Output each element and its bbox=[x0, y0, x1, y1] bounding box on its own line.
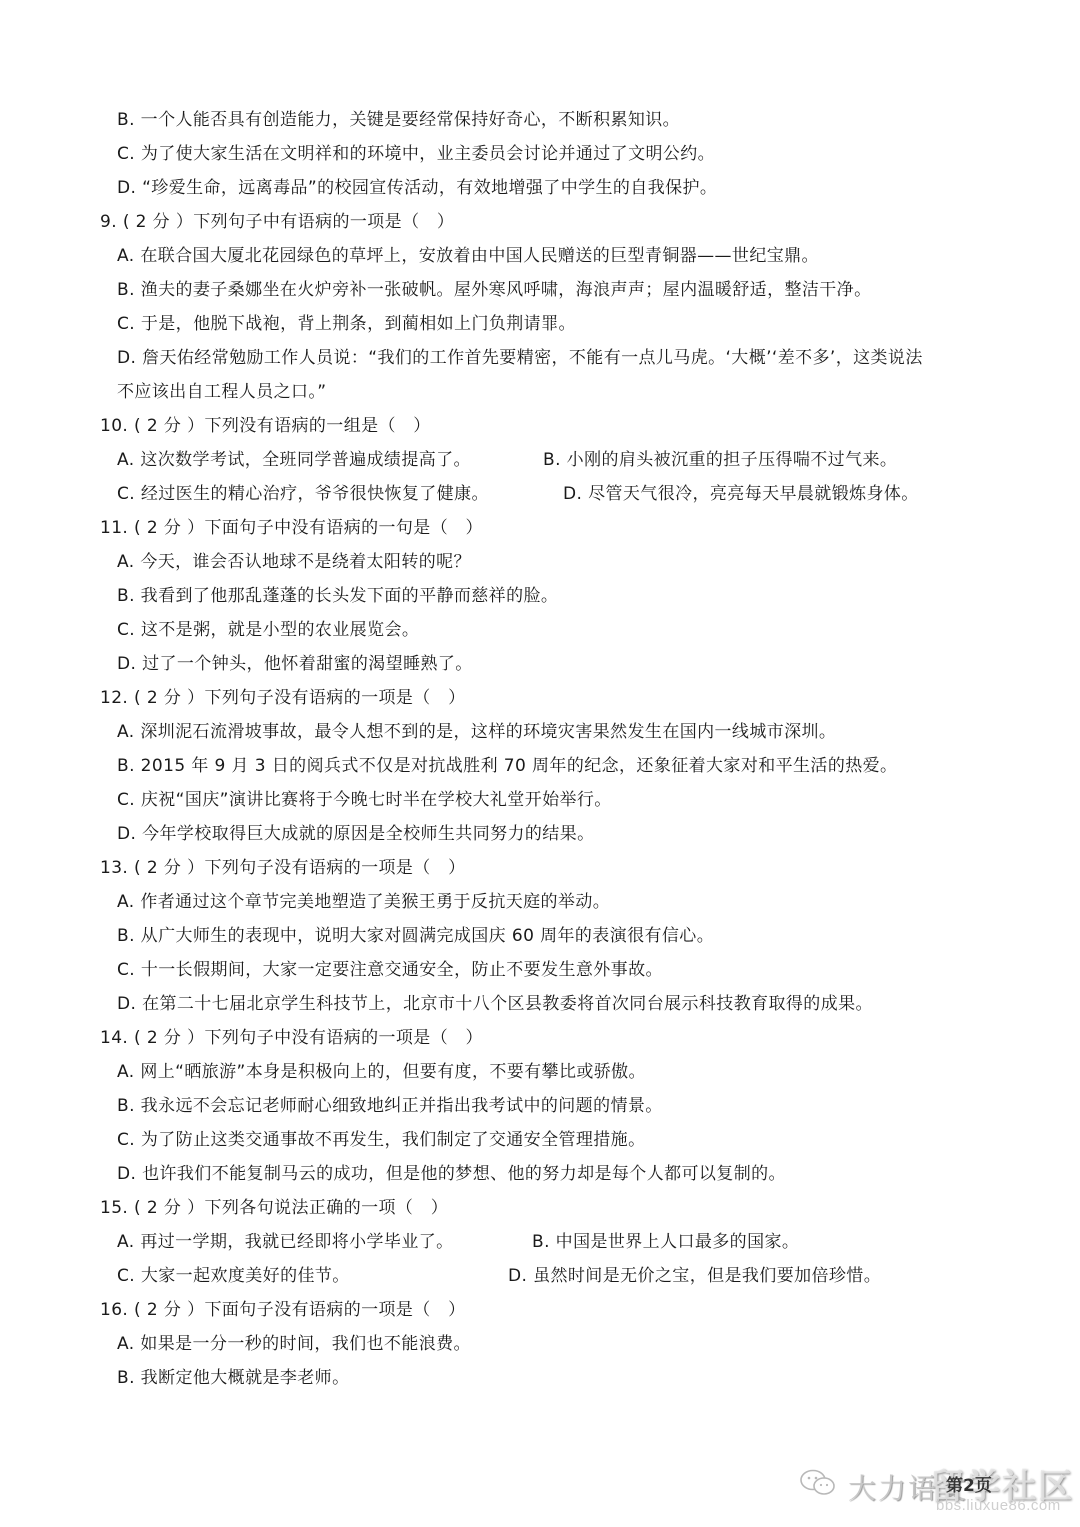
q13-option-a: A. 作者通过这个章节完美地塑造了美猴王勇于反抗天庭的举动。 bbox=[117, 885, 610, 919]
q10-options-row-1: A. 这次数学考试，全班同学普遍成绩提高了。 B. 小刚的肩头被沉重的担子压得喘… bbox=[117, 443, 1017, 477]
question-14: 14. ( 2 分 ）下列句子中没有语病的一项是（ ） bbox=[100, 1021, 483, 1055]
q11-option-c: C. 这不是粥，就是小型的农业展览会。 bbox=[117, 613, 419, 647]
q9-option-c: C. 于是，他脱下战袍，背上荆条，到蔺相如上门负荆请罪。 bbox=[117, 307, 576, 341]
question-12: 12. ( 2 分 ）下列句子没有语病的一项是（ ） bbox=[100, 681, 466, 715]
q15-option-d: D. 虽然时间是无价之宝，但是我们要加倍珍惜。 bbox=[508, 1259, 881, 1293]
q16-option-a: A. 如果是一分一秒的时间，我们也不能浪费。 bbox=[117, 1327, 471, 1361]
q10-option-b: B. 小刚的肩头被沉重的担子压得喘不过气来。 bbox=[543, 443, 897, 477]
q16-option-b: B. 我断定他大概就是李老师。 bbox=[117, 1361, 349, 1395]
q9-option-b: B. 渔夫的妻子桑娜坐在火炉旁补一张破帆。屋外寒风呼啸，海浪声声；屋内温暖舒适，… bbox=[117, 273, 871, 307]
q11-option-b: B. 我看到了他那乱蓬蓬的长头发下面的平静而慈祥的脸。 bbox=[117, 579, 558, 613]
q8-option-b: B. 一个人能否具有创造能力，关键是要经常保持好奇心，不断积累知识。 bbox=[117, 103, 680, 137]
q15-options-row-2: C. 大家一起欢度美好的佳节。 D. 虽然时间是无价之宝，但是我们要加倍珍惜。 bbox=[117, 1259, 1017, 1293]
q8-option-d: D. “珍爱生命，远离毒品”的校园宣传活动，有效地增强了中学生的自我保护。 bbox=[117, 171, 717, 205]
q14-option-b: B. 我永远不会忘记老师耐心细致地纠正并指出我考试中的问题的情景。 bbox=[117, 1089, 663, 1123]
q9-option-d-continued: 不应该出自工程人员之口。” bbox=[117, 375, 327, 409]
q14-option-a: A. 网上“晒旅游”本身是积极向上的，但要有度，不要有攀比或骄傲。 bbox=[117, 1055, 646, 1089]
q8-option-c: C. 为了使大家生活在文明祥和的环境中，业主委员会讨论并通过了文明公约。 bbox=[117, 137, 715, 171]
page-number: 第2页 bbox=[946, 1471, 992, 1496]
q13-option-d: D. 在第二十七届北京学生科技节上，北京市十八个区县教委将首次同台展示科技教育取… bbox=[117, 987, 873, 1021]
question-11: 11. ( 2 分 ）下面句子中没有语病的一句是（ ） bbox=[100, 511, 483, 545]
q12-option-d: D. 今年学校取得巨大成就的原因是全校师生共同努力的结果。 bbox=[117, 817, 595, 851]
q15-options-row-1: A. 再过一学期，我就已经即将小学毕业了。 B. 中国是世界上人口最多的国家。 bbox=[117, 1225, 1017, 1259]
q12-option-c: C. 庆祝“国庆”演讲比赛将于今晚七时半在学校大礼堂开始举行。 bbox=[117, 783, 612, 817]
q15-option-c: C. 大家一起欢度美好的佳节。 bbox=[117, 1266, 350, 1286]
q13-option-c: C. 十一长假期间，大家一定要注意交通安全，防止不要发生意外事故。 bbox=[117, 953, 663, 987]
exam-page: B. 一个人能否具有创造能力，关键是要经常保持好奇心，不断积累知识。 C. 为了… bbox=[0, 0, 1080, 1527]
q9-option-a: A. 在联合国大厦北花园绿色的草坪上，安放着由中国人民赠送的巨型青铜器——世纪宝… bbox=[117, 239, 819, 273]
q14-option-d: D. 也许我们不能复制马云的成功，但是他的梦想、他的努力却是每个人都可以复制的。 bbox=[117, 1157, 786, 1191]
watermark-site-url: bbs.liuxue86.com bbox=[936, 1497, 1061, 1514]
q14-option-c: C. 为了防止这类交通事故不再发生，我们制定了交通安全管理措施。 bbox=[117, 1123, 645, 1157]
question-15: 15. ( 2 分 ）下列各句说法正确的一项（ ） bbox=[100, 1191, 448, 1225]
q13-option-b: B. 从广大师生的表现中，说明大家对圆满完成国庆 60 周年的表演很有信心。 bbox=[117, 919, 714, 953]
q11-option-d: D. 过了一个钟头，他怀着甜蜜的渴望睡熟了。 bbox=[117, 647, 473, 681]
q15-option-b: B. 中国是世界上人口最多的国家。 bbox=[532, 1225, 799, 1259]
q15-option-a: A. 再过一学期，我就已经即将小学毕业了。 bbox=[117, 1232, 454, 1252]
q9-option-d: D. 詹天佑经常勉励工作人员说：“我们的工作首先要精密，不能有一点儿马虎。‘大概… bbox=[117, 341, 923, 375]
footer-watermark: 大力语文 留学社区 第2页 bbs.liuxue86.com bbox=[780, 1455, 1080, 1515]
q10-options-row-2: C. 经过医生的精心治疗，爷爷很快恢复了健康。 D. 尽管天气很冷，亮亮每天早晨… bbox=[117, 477, 1017, 511]
question-10: 10. ( 2 分 ）下列没有语病的一组是（ ） bbox=[100, 409, 431, 443]
question-16: 16. ( 2 分 ）下面句子没有语病的一项是（ ） bbox=[100, 1293, 466, 1327]
q10-option-c: C. 经过医生的精心治疗，爷爷很快恢复了健康。 bbox=[117, 484, 489, 504]
q11-option-a: A. 今天，谁会否认地球不是绕着太阳转的呢？ bbox=[117, 545, 471, 579]
q10-option-a: A. 这次数学考试，全班同学普遍成绩提高了。 bbox=[117, 450, 471, 470]
q12-option-b: B. 2015 年 9 月 3 日的阅兵式不仅是对抗战胜利 70 周年的纪念，还… bbox=[117, 749, 897, 783]
wechat-icon bbox=[800, 1469, 836, 1497]
question-13: 13. ( 2 分 ）下列句子没有语病的一项是（ ） bbox=[100, 851, 466, 885]
question-9: 9. ( 2 分 ）下列句子中有语病的一项是（ ） bbox=[100, 205, 454, 239]
q12-option-a: A. 深圳泥石流滑坡事故，最令人想不到的是，这样的环境灾害果然发生在国内一线城市… bbox=[117, 715, 836, 749]
q10-option-d: D. 尽管天气很冷，亮亮每天早晨就锻炼身体。 bbox=[563, 477, 919, 511]
